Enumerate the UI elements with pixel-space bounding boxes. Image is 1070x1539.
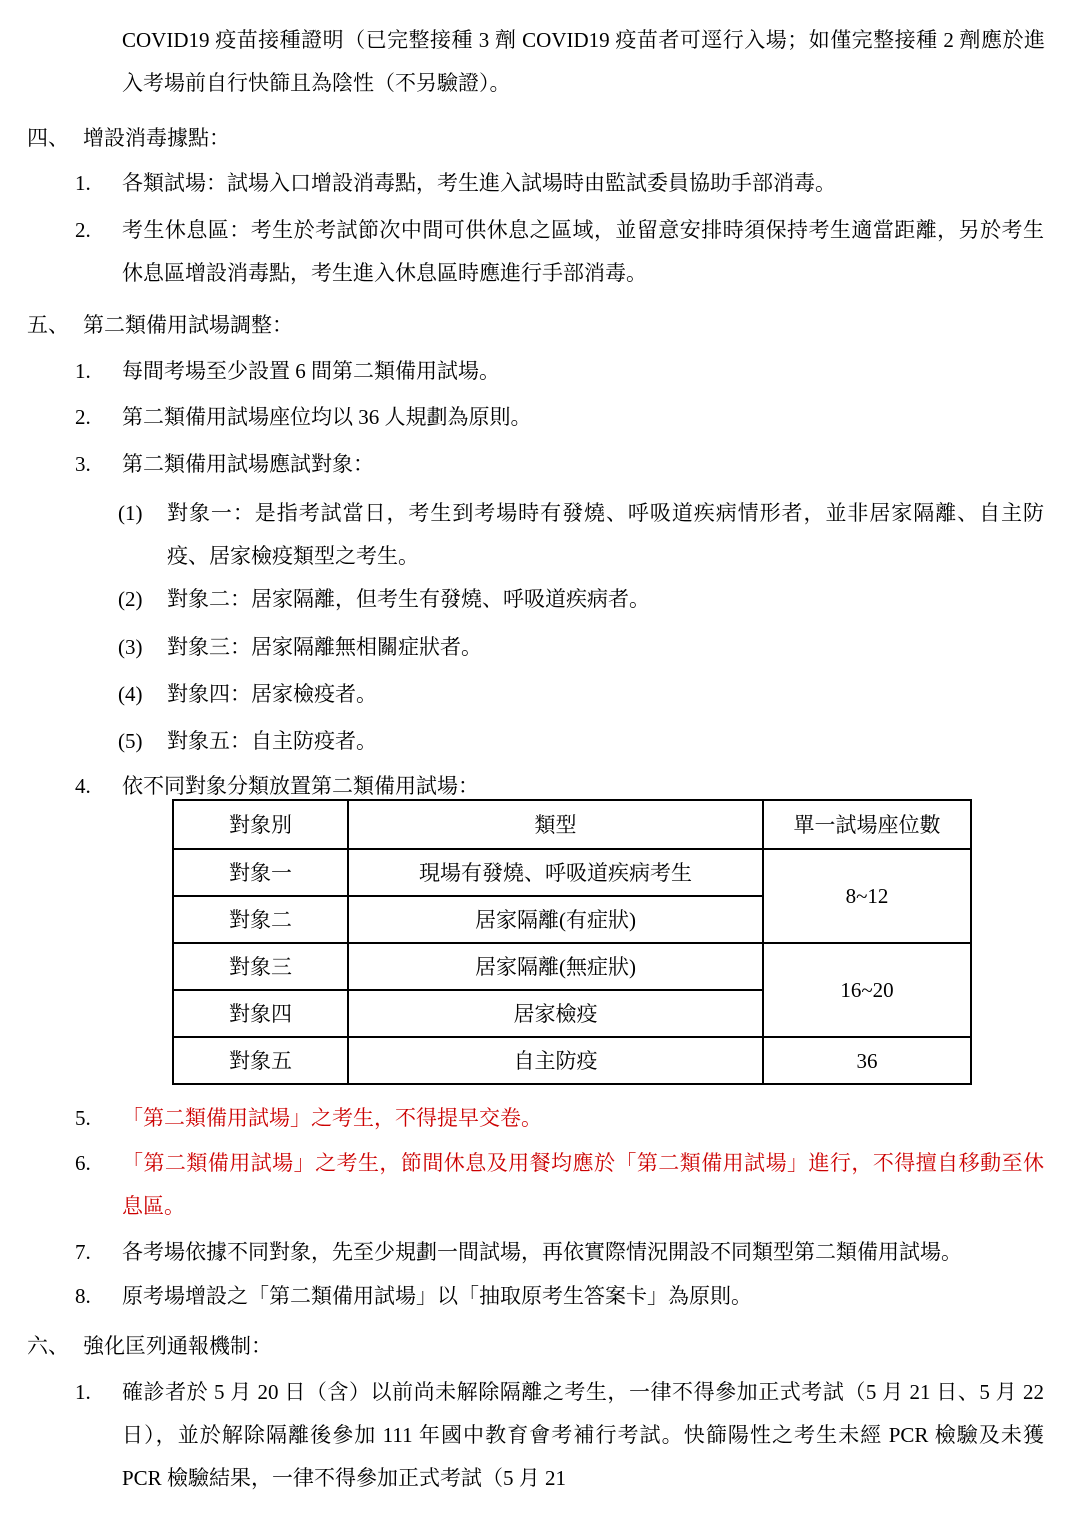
item-number: 5. xyxy=(75,1097,122,1140)
table-row: 對象三 居家隔離(無症狀) 16~20 xyxy=(173,943,971,990)
section-number: 四、 xyxy=(27,117,83,160)
table-cell-type: 現場有發燒、呼吸道疾病考生 xyxy=(348,849,763,896)
list-item-red: 6. 「第二類備用試場」之考生，節間休息及用餐均應於「第二類備用試場」進行，不得… xyxy=(75,1142,1044,1228)
table-cell-type: 居家檢疫 xyxy=(348,990,763,1037)
item-number: 1. xyxy=(75,350,122,393)
list-item: 1. 每間考場至少設置 6 間第二類備用試場。 xyxy=(75,350,1044,393)
table-cell-subject: 對象二 xyxy=(173,896,348,943)
item-number: 8. xyxy=(75,1275,122,1318)
section-header-6: 六、 強化匡列通報機制： xyxy=(27,1325,1070,1368)
seating-table: 對象別 類型 單一試場座位數 對象一 現場有發燒、呼吸道疾病考生 8~12 對象… xyxy=(172,799,972,1085)
table-row: 對象五 自主防疫 36 xyxy=(173,1037,971,1084)
item-number: 7. xyxy=(75,1231,122,1274)
sub-item-number: (5) xyxy=(118,720,167,763)
table-row: 對象一 現場有發燒、呼吸道疾病考生 8~12 xyxy=(173,849,971,896)
item-number: 3. xyxy=(75,443,122,486)
sub-item-text: 對象三：居家隔離無相關症狀者。 xyxy=(167,626,1044,669)
item-text: 確診者於 5 月 20 日（含）以前尚未解除隔離之考生，一律不得參加正式考試（5… xyxy=(122,1371,1044,1500)
section-title: 增設消毒據點： xyxy=(83,117,230,160)
sub-item-text: 對象五：自主防疫者。 xyxy=(167,720,1044,763)
item-text: 第二類備用試場座位均以 36 人規劃為原則。 xyxy=(122,396,1044,439)
section-header-4: 四、 增設消毒據點： xyxy=(27,117,1070,160)
item-number: 4. xyxy=(75,765,122,808)
list-item: 2. 考生休息區：考生於考試節次中間可供休息之區域，並留意安排時須保持考生適當距… xyxy=(75,209,1044,295)
list-item: 1. 各類試場：試場入口增設消毒點，考生進入試場時由監試委員協助手部消毒。 xyxy=(75,162,1044,205)
section-title: 強化匡列通報機制： xyxy=(83,1325,272,1368)
sub-list-item: (1) 對象一：是指考試當日，考生到考場時有發燒、呼吸道疾病情形者，並非居家隔離… xyxy=(118,492,1044,578)
item-number: 1. xyxy=(75,1371,122,1500)
item-text-red: 「第二類備用試場」之考生，不得提早交卷。 xyxy=(122,1097,1044,1140)
sub-list-item: (5) 對象五：自主防疫者。 xyxy=(118,720,1044,763)
section-header-5: 五、 第二類備用試場調整： xyxy=(27,304,1070,347)
item-text: 各類試場：試場入口增設消毒點，考生進入試場時由監試委員協助手部消毒。 xyxy=(122,162,1044,205)
item-number: 2. xyxy=(75,396,122,439)
sub-item-number: (1) xyxy=(118,492,167,578)
section-number: 五、 xyxy=(27,304,83,347)
table-cell-subject: 對象一 xyxy=(173,849,348,896)
sub-item-number: (4) xyxy=(118,673,167,716)
sub-list-item: (2) 對象二：居家隔離，但考生有發燒、呼吸道疾病者。 xyxy=(118,578,1044,621)
table-cell-subject: 對象四 xyxy=(173,990,348,1037)
item-number: 1. xyxy=(75,162,122,205)
item-number: 2. xyxy=(75,209,122,295)
sub-list-item: (3) 對象三：居家隔離無相關症狀者。 xyxy=(118,626,1044,669)
list-item: 7. 各考場依據不同對象，先至少規劃一間試場，再依實際情況開設不同類型第二類備用… xyxy=(75,1231,1044,1274)
list-item: 4. 依不同對象分類放置第二類備用試場： xyxy=(75,765,1044,808)
document-page: COVID19 疫苗接種證明（已完整接種 3 劑 COVID19 疫苗者可逕行入… xyxy=(0,0,1070,1500)
section-title: 第二類備用試場調整： xyxy=(83,304,293,347)
item-text: 考生休息區：考生於考試節次中間可供休息之區域，並留意安排時須保持考生適當距離，另… xyxy=(122,209,1044,295)
sub-item-text: 對象一：是指考試當日，考生到考場時有發燒、呼吸道疾病情形者，並非居家隔離、自主防… xyxy=(167,492,1044,578)
sub-item-text: 對象二：居家隔離，但考生有發燒、呼吸道疾病者。 xyxy=(167,578,1044,621)
table-cell-type: 居家隔離(無症狀) xyxy=(348,943,763,990)
sub-item-number: (2) xyxy=(118,578,167,621)
list-item: 3. 第二類備用試場應試對象： xyxy=(75,443,1044,486)
table-cell-subject: 對象三 xyxy=(173,943,348,990)
list-item-red: 5. 「第二類備用試場」之考生，不得提早交卷。 xyxy=(75,1097,1044,1140)
table-cell-type: 居家隔離(有症狀) xyxy=(348,896,763,943)
item-text: 每間考場至少設置 6 間第二類備用試場。 xyxy=(122,350,1044,393)
table-cell-seats: 36 xyxy=(763,1037,971,1084)
list-item: 1. 確診者於 5 月 20 日（含）以前尚未解除隔離之考生，一律不得參加正式考… xyxy=(75,1371,1044,1500)
table-cell-type: 自主防疫 xyxy=(348,1037,763,1084)
section-number: 六、 xyxy=(27,1325,83,1368)
list-item: 8. 原考場增設之「第二類備用試場」以「抽取原考生答案卡」為原則。 xyxy=(75,1275,1044,1318)
sub-item-text: 對象四：居家檢疫者。 xyxy=(167,673,1044,716)
item-text: 原考場增設之「第二類備用試場」以「抽取原考生答案卡」為原則。 xyxy=(122,1275,1044,1318)
sub-list-item: (4) 對象四：居家檢疫者。 xyxy=(118,673,1044,716)
intro-continuation-paragraph: COVID19 疫苗接種證明（已完整接種 3 劑 COVID19 疫苗者可逕行入… xyxy=(122,19,1045,105)
table-cell-subject: 對象五 xyxy=(173,1037,348,1084)
item-number: 6. xyxy=(75,1142,122,1228)
table-cell-seats: 16~20 xyxy=(763,943,971,1037)
item-text: 各考場依據不同對象，先至少規劃一間試場，再依實際情況開設不同類型第二類備用試場。 xyxy=(122,1231,1044,1274)
item-text: 依不同對象分類放置第二類備用試場： xyxy=(122,765,1044,808)
sub-item-number: (3) xyxy=(118,626,167,669)
table-cell-seats: 8~12 xyxy=(763,849,971,943)
item-text-red: 「第二類備用試場」之考生，節間休息及用餐均應於「第二類備用試場」進行，不得擅自移… xyxy=(122,1142,1044,1228)
list-item: 2. 第二類備用試場座位均以 36 人規劃為原則。 xyxy=(75,396,1044,439)
item-text: 第二類備用試場應試對象： xyxy=(122,443,1044,486)
